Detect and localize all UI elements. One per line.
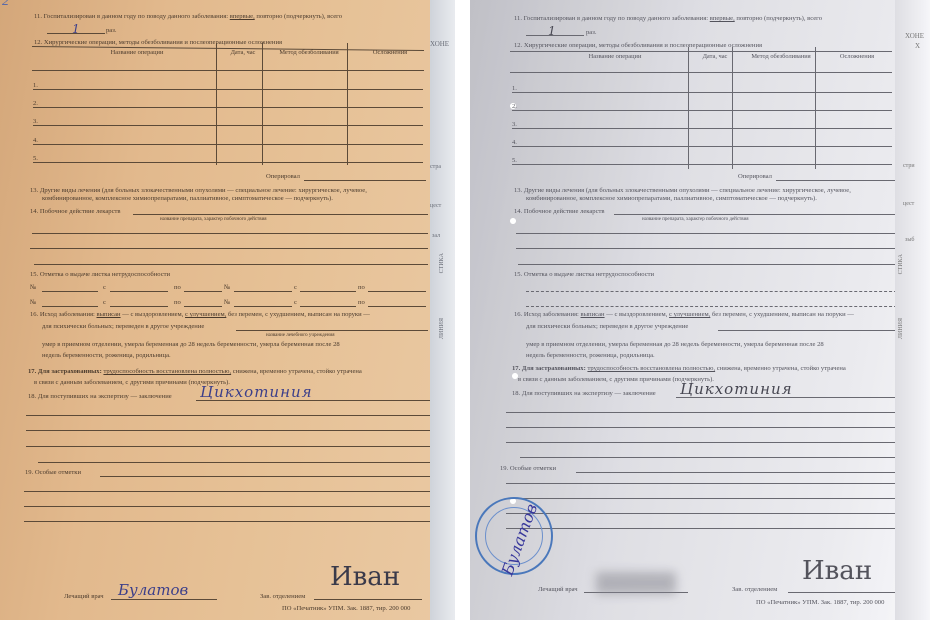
doctor-signature: Булатов <box>118 581 188 599</box>
item-16-line2: для психически больных; переведен в друг… <box>526 322 688 331</box>
conclusion-handwriting: Цикхотиния <box>200 383 313 401</box>
item-18-line <box>26 430 434 431</box>
doctor-signature-line <box>111 599 217 600</box>
institution-line <box>718 330 902 331</box>
strip-text: цест <box>430 202 441 211</box>
field-line <box>110 291 168 292</box>
field-label: № <box>224 283 230 292</box>
item-18-line <box>506 442 904 443</box>
item-18-line <box>26 446 434 447</box>
col-operation: Название операции <box>62 49 212 56</box>
field-label: по <box>358 283 365 292</box>
item-19-line <box>506 513 906 514</box>
col-complications: Осложнения <box>350 49 430 56</box>
field-line <box>368 291 426 292</box>
item-16-line3: умер в приемном отделении, умерла береме… <box>526 340 824 349</box>
col-anesthesia: Метод обезболивания <box>736 53 826 60</box>
table-header-rule <box>510 72 892 73</box>
head-signature: Иван <box>802 556 872 586</box>
form-sheet: 2 11. Госпитализирован в данном году по … <box>470 0 900 620</box>
field-label: по <box>358 298 365 307</box>
row-rule <box>512 164 892 165</box>
field-line <box>234 291 292 292</box>
item-15-label: 15. Отметка о выдаче листка нетрудоспосо… <box>30 270 170 279</box>
item-19-line <box>506 528 906 529</box>
item-19-line <box>506 498 906 499</box>
item-14-line <box>32 233 428 234</box>
institution-hint: название лечебного учреждения <box>266 331 335 340</box>
item-16-line1: 16. Исход заболевания: выписан — с выздо… <box>514 310 854 319</box>
table-divider <box>216 43 217 165</box>
strip-vertical-text: СТИКА <box>438 253 447 273</box>
conclusion-handwriting: Цикхотиния <box>680 380 793 398</box>
field-line <box>368 306 426 307</box>
row-rule <box>33 162 423 163</box>
row-rule <box>512 110 892 111</box>
item-18-label: 18. Для поступивших на экспертизу — закл… <box>512 389 656 398</box>
field-label: по <box>174 283 181 292</box>
item-11: 11. Госпитализирован в данном году по по… <box>514 14 822 23</box>
field-label: с <box>294 283 297 292</box>
punch-hole <box>510 218 516 224</box>
item-11-suffix: раз. <box>106 26 116 35</box>
field-label: по <box>174 298 181 307</box>
field-label: с <box>294 298 297 307</box>
strip-text: Х <box>915 42 920 51</box>
row-rule <box>33 125 423 126</box>
item-14-line <box>518 264 904 265</box>
item-11-suffix: раз. <box>586 28 596 37</box>
item-18-line <box>26 415 434 416</box>
redacted-doctor-signature <box>596 572 676 594</box>
item-19-line <box>576 472 904 473</box>
operated-by-label: Оперировал <box>266 172 300 181</box>
item-19-line <box>24 521 438 522</box>
row-rule <box>512 128 892 129</box>
field-label: с <box>103 298 106 307</box>
item-11-count: 1 <box>72 22 80 36</box>
item-18-line <box>506 412 904 413</box>
item-19-label: 19. Особые отметки <box>500 464 556 473</box>
row-rule <box>33 144 423 145</box>
table-divider <box>732 47 733 169</box>
item-15-label: 15. Отметка о выдаче листка нетрудоспосо… <box>514 270 654 279</box>
head-label: Зав. отделением <box>260 592 305 601</box>
item-14-line <box>34 264 428 265</box>
strip-text: ХОНЕ <box>430 40 449 49</box>
document-page-copy: 2 11. Госпитализирован в данном году по … <box>470 0 930 620</box>
head-signature-line <box>314 599 422 600</box>
strip-vertical-text: ЛИНИЯ <box>438 318 447 339</box>
page-marker: 2 <box>2 0 9 10</box>
strip-text: зал <box>432 232 440 241</box>
row-rule <box>512 92 892 93</box>
field-label: с <box>103 283 106 292</box>
item-19-label: 19. Особые отметки <box>25 468 81 477</box>
form-sheet: 2 11. Госпитализирован в данном году по … <box>0 0 430 620</box>
item-18-line <box>506 427 904 428</box>
field-line <box>184 291 222 292</box>
sick-leave-row <box>526 291 902 292</box>
operated-by-label: Оперировал <box>738 172 772 181</box>
item-19-line <box>506 483 906 484</box>
strip-text: ХОНЕ <box>905 32 924 41</box>
item-11-count: 1 <box>548 24 556 38</box>
field-line <box>42 291 98 292</box>
item-14-line <box>516 248 904 249</box>
item-19-line <box>24 491 436 492</box>
head-signature-line <box>788 592 896 593</box>
field-line <box>234 306 292 307</box>
field-line <box>42 306 98 307</box>
operations-table-header: Название операции Дата, час Метод обезбо… <box>510 47 892 69</box>
item-17-line1: 17. Для застрахованных: трудоспособность… <box>28 367 362 376</box>
item-14-line <box>516 233 904 234</box>
sick-leave-row <box>526 306 902 307</box>
strip-text: цест <box>903 200 914 209</box>
table-header-rule <box>32 70 424 71</box>
operated-by-line <box>304 180 426 181</box>
table-divider <box>815 47 816 169</box>
item-14-hint: название препарата, характер побочного д… <box>160 215 267 224</box>
table-divider <box>262 43 263 165</box>
strip-text: стра <box>430 163 441 172</box>
item-11: 11. Госпитализирован в данном году по по… <box>34 12 342 21</box>
head-label: Зав. отделением <box>732 585 777 594</box>
item-17-line1: 17. Для застрахованных: трудоспособность… <box>512 364 846 373</box>
printer-imprint: ПО «Печатник» УПМ. Зак. 1887, тир. 200 0… <box>756 598 884 607</box>
item-13-line2: комбинированное, комплексное химиопрепар… <box>526 194 817 203</box>
row-rule <box>33 107 423 108</box>
item-19-line <box>100 476 434 477</box>
item-14-hint: название препарата, характер побочного д… <box>642 215 749 224</box>
field-label: № <box>30 298 36 307</box>
item-18-line <box>520 457 904 458</box>
field-label: № <box>30 283 36 292</box>
item-16-line2: для психически больных; переведен в друг… <box>42 322 204 331</box>
item-16-line3: умер в приемном отделении, умерла береме… <box>42 340 340 349</box>
operations-table-header: Название операции Дата, час Метод обезбо… <box>32 43 424 65</box>
row-rule <box>512 146 892 147</box>
item-13-line2: комбинированное, комплексное химиопрепар… <box>42 194 333 203</box>
item-14-label: 14. Побочное действие лекарств <box>514 207 605 216</box>
field-line <box>110 306 168 307</box>
item-19-line <box>24 506 436 507</box>
table-divider <box>347 43 348 165</box>
strip-vertical-text: СТИКА <box>897 254 906 274</box>
item-18-line <box>38 462 434 463</box>
table-divider <box>688 47 689 169</box>
item-18-label: 18. Для поступивших на экспертизу — закл… <box>28 392 172 401</box>
document-page-original: 2 11. Госпитализирован в данном году по … <box>0 0 455 620</box>
item-14-line <box>30 248 428 249</box>
field-line <box>300 291 356 292</box>
adjacent-page-strip: ХОНЕ стра цест зал СТИКА ЛИНИЯ <box>430 0 455 620</box>
col-complications: Осложнения <box>822 53 892 60</box>
field-label: № <box>224 298 230 307</box>
operated-by-line <box>776 180 896 181</box>
doctor-label: Лечащий врач <box>64 592 104 601</box>
field-line <box>184 306 222 307</box>
strip-vertical-text: ЛИНИЯ <box>897 318 906 339</box>
col-anesthesia: Метод обезболивания <box>264 49 354 56</box>
printer-imprint: ПО «Печатник» УПМ. Зак. 1887, тир. 200 0… <box>282 604 410 613</box>
strip-text: стри <box>903 162 915 171</box>
item-16-line4: недель беременности, роженица, родильниц… <box>526 351 655 360</box>
field-line <box>300 306 356 307</box>
adjacent-page-strip: ХОНЕ Х стри цест зыб СТИКА ЛИНИЯ <box>895 0 930 620</box>
head-signature: Иван <box>330 562 400 592</box>
strip-text: зыб <box>905 236 914 245</box>
col-date: Дата, час <box>218 49 268 56</box>
item-16-line1: 16. Исход заболевания: выписан — с выздо… <box>30 310 370 319</box>
item-16-line4: недель беременности, роженица, родильниц… <box>42 351 171 360</box>
row-rule <box>33 89 423 90</box>
col-operation: Название операции <box>540 53 690 60</box>
doctor-label: Лечащий врач <box>538 585 578 594</box>
item-14-label: 14. Побочное действие лекарств <box>30 207 121 216</box>
